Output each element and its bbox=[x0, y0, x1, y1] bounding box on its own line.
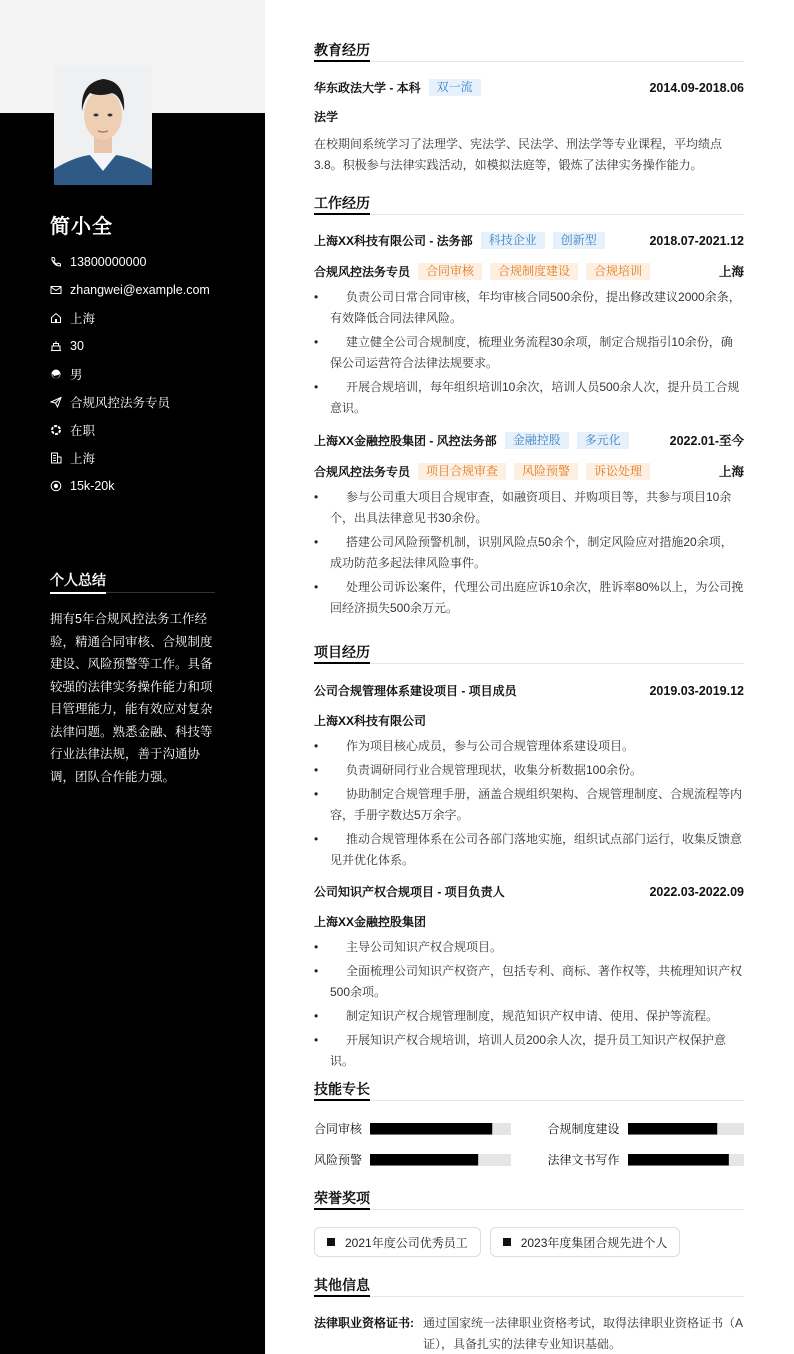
skills-grid: 合同审核 合规制度建设 风险预警 法律文书写作 bbox=[314, 1120, 744, 1168]
skill-bar bbox=[628, 1123, 745, 1135]
work-bullets: 参与公司重大项目合规审查，如融资项目、并购项目等，共参与项目10余个，出具法律意… bbox=[314, 487, 744, 619]
sidebar: 简小全 13800000000 zhangwei@example.com 上海 … bbox=[0, 0, 265, 1354]
work-section: 工作经历 上海XX科技有限公司 - 法务部 科技企业 创新型 2018.07-2… bbox=[314, 193, 744, 622]
phone-icon bbox=[50, 256, 62, 268]
project-org: 上海XX金融控股集团 bbox=[314, 913, 744, 930]
work-location: 上海 bbox=[719, 262, 744, 280]
company-tag: 科技企业 bbox=[481, 232, 545, 249]
bullet-item: 主导公司知识产权合规项目。 bbox=[330, 937, 744, 958]
major: 法学 bbox=[314, 108, 744, 125]
building-icon bbox=[50, 452, 62, 464]
info-location: 上海 bbox=[50, 304, 250, 332]
role-tag: 风险预警 bbox=[514, 463, 578, 480]
bullet-item: 制定知识产权合规管理制度，规范知识产权申请、使用、保护等流程。 bbox=[330, 1006, 744, 1027]
other-heading: 其他信息 bbox=[314, 1275, 744, 1297]
bullet-item: 开展知识产权合规培训，培训人员200余人次，提升员工知识产权保护意识。 bbox=[330, 1030, 744, 1072]
status-text: 在职 bbox=[70, 421, 95, 439]
role-tag: 项目合规审查 bbox=[418, 463, 506, 480]
bullet-item: 建立健全公司合规制度，梳理业务流程30余项，制定合规指引10余份，确保公司运营符… bbox=[330, 332, 744, 374]
education-date: 2014.09-2018.06 bbox=[649, 81, 744, 95]
info-phone: 13800000000 bbox=[50, 248, 250, 276]
skill-bar bbox=[370, 1123, 511, 1135]
project-org: 上海XX科技有限公司 bbox=[314, 712, 744, 729]
bullet-item: 全面梳理公司知识产权资产，包括专利、商标、著作权等，共梳理知识产权500余项。 bbox=[330, 961, 744, 1003]
gender-icon bbox=[50, 368, 62, 380]
project-date: 2022.03-2022.09 bbox=[649, 885, 744, 899]
gender-text: 男 bbox=[70, 365, 83, 383]
company-tag: 创新型 bbox=[553, 232, 605, 249]
salary-icon bbox=[50, 480, 62, 492]
info-status: 在职 bbox=[50, 416, 250, 444]
email-text: zhangwei@example.com bbox=[70, 283, 210, 297]
skill-bar-fill bbox=[628, 1123, 718, 1135]
work-item: 上海XX科技有限公司 - 法务部 科技企业 创新型 2018.07-2021.1… bbox=[314, 232, 744, 419]
project-name: 公司知识产权合规项目 - 项目负责人 bbox=[314, 883, 505, 900]
bullet-item: 协助制定合规管理手册，涵盖合规组织架构、合规管理制度、合规流程等内容，手册字数达… bbox=[330, 784, 744, 826]
award-text: 2021年度公司优秀员工 bbox=[345, 1234, 468, 1251]
role-name: 合规风控法务专员 bbox=[314, 263, 410, 280]
company-name: 上海XX金融控股集团 - 风控法务部 bbox=[314, 432, 497, 449]
bullet-item: 作为项目核心成员，参与公司合规管理体系建设项目。 bbox=[330, 736, 744, 757]
salary-text: 15k-20k bbox=[70, 479, 114, 493]
bullet-item: 开展合规培训，每年组织培训10余次，培训人员500余人次，提升员工合规意识。 bbox=[330, 377, 744, 419]
location-text: 上海 bbox=[70, 309, 95, 327]
skill-name: 法律文书写作 bbox=[548, 1151, 628, 1168]
skill-bar-fill bbox=[628, 1154, 729, 1166]
project-name: 公司合规管理体系建设项目 - 项目成员 bbox=[314, 682, 517, 699]
summary-heading: 个人总结 bbox=[50, 570, 215, 593]
work-date: 2022.01-至今 bbox=[670, 431, 744, 449]
role-tag: 合规培训 bbox=[586, 263, 650, 280]
education-description: 在校期间系统学习了法理学、宪法学、民法学、刑法学等专业课程，平均绩点3.8。积极… bbox=[314, 134, 744, 176]
skills-heading: 技能专长 bbox=[314, 1079, 744, 1101]
skill-name: 合同审核 bbox=[314, 1120, 370, 1137]
education-section: 教育经历 华东政法大学 - 本科 双一流 2014.09-2018.06 法学 … bbox=[314, 40, 744, 176]
bullet-item: 参与公司重大项目合规审查，如融资项目、并购项目等，共参与项目10余个，出具法律意… bbox=[330, 487, 744, 529]
skill-name: 风险预警 bbox=[314, 1151, 370, 1168]
summary-text: 拥有5年合规风控法务工作经验，精通合同审核、合规制度建设、风险预警等工作。具备较… bbox=[50, 608, 215, 788]
work-role-row: 合规风控法务专员 合同审核 合规制度建设 合规培训 上海 bbox=[314, 262, 744, 280]
bullet-item: 搭建公司风险预警机制，识别风险点50余个，制定风险应对措施20余项，成功防范多起… bbox=[330, 532, 744, 574]
role-name: 合规风控法务专员 bbox=[314, 463, 410, 480]
education-heading: 教育经历 bbox=[314, 40, 744, 62]
role-tag: 合同审核 bbox=[418, 263, 482, 280]
skill-bar-fill bbox=[370, 1154, 478, 1166]
project-date: 2019.03-2019.12 bbox=[649, 684, 744, 698]
cake-icon bbox=[50, 340, 62, 352]
work-date: 2018.07-2021.12 bbox=[649, 234, 744, 248]
project-item-header: 公司知识产权合规项目 - 项目负责人 2022.03-2022.09 bbox=[314, 883, 744, 900]
skill-bar bbox=[628, 1154, 745, 1166]
age-text: 30 bbox=[70, 339, 84, 353]
bullet-item: 负责公司日常合同审核，年均审核合同500余份，提出修改建议2000余条，有效降低… bbox=[330, 287, 744, 329]
role-tag: 合规制度建设 bbox=[490, 263, 578, 280]
skills-section: 技能专长 合同审核 合规制度建设 风险预警 法律文书写作 bbox=[314, 1079, 744, 1168]
other-section: 其他信息 法律职业资格证书: 通过国家统一法律职业资格考试，取得法律职业资格证书… bbox=[314, 1275, 744, 1354]
projects-section: 项目经历 公司合规管理体系建设项目 - 项目成员 2019.03-2019.12… bbox=[314, 642, 744, 1075]
info-gender: 男 bbox=[50, 360, 250, 388]
role-tag: 诉讼处理 bbox=[586, 463, 650, 480]
awards-list: 2021年度公司优秀员工 2023年度集团合规先进个人 bbox=[314, 1227, 744, 1257]
square-bullet-icon bbox=[503, 1238, 511, 1246]
position-text: 合规风控法务专员 bbox=[70, 393, 170, 411]
send-icon bbox=[50, 396, 62, 408]
work-bullets: 负责公司日常合同审核，年均审核合同500余份，提出修改建议2000余条，有效降低… bbox=[314, 287, 744, 419]
awards-section: 荣誉奖项 2021年度公司优秀员工 2023年度集团合规先进个人 bbox=[314, 1188, 744, 1257]
candidate-name: 简小全 bbox=[50, 210, 113, 239]
award-text: 2023年度集团合规先进个人 bbox=[521, 1234, 668, 1251]
project-item-header: 公司合规管理体系建设项目 - 项目成员 2019.03-2019.12 bbox=[314, 682, 744, 699]
bullet-item: 处理公司诉讼案件，代理公司出庭应诉10余次，胜诉率80%以上，为公司挽回经济损失… bbox=[330, 577, 744, 619]
company-tag: 金融控股 bbox=[505, 432, 569, 449]
awards-heading: 荣誉奖项 bbox=[314, 1188, 744, 1210]
company-name: 上海XX科技有限公司 - 法务部 bbox=[314, 232, 473, 249]
school-name: 华东政法大学 - 本科 bbox=[314, 79, 421, 96]
award-badge: 2023年度集团合规先进个人 bbox=[490, 1227, 681, 1257]
certificate-label: 法律职业资格证书: bbox=[314, 1313, 423, 1354]
mail-icon bbox=[50, 284, 62, 296]
square-bullet-icon bbox=[327, 1238, 335, 1246]
work-item-header: 上海XX科技有限公司 - 法务部 科技企业 创新型 2018.07-2021.1… bbox=[314, 232, 744, 249]
skill-item: 合规制度建设 bbox=[548, 1120, 745, 1137]
project-item: 公司合规管理体系建设项目 - 项目成员 2019.03-2019.12 上海XX… bbox=[314, 682, 744, 871]
other-item: 法律职业资格证书: 通过国家统一法律职业资格考试，取得法律职业资格证书（A证），… bbox=[314, 1313, 744, 1354]
info-age: 30 bbox=[50, 332, 250, 360]
city-text: 上海 bbox=[70, 449, 95, 467]
certificate-value: 通过国家统一法律职业资格考试，取得法律职业资格证书（A证），具备扎实的法律专业知… bbox=[423, 1313, 744, 1354]
school-tag: 双一流 bbox=[429, 79, 481, 96]
info-email: zhangwei@example.com bbox=[50, 276, 250, 304]
skill-item: 风险预警 bbox=[314, 1151, 511, 1168]
info-salary: 15k-20k bbox=[50, 472, 250, 500]
work-role-row: 合规风控法务专员 项目合规审查 风险预警 诉讼处理 上海 bbox=[314, 462, 744, 480]
project-bullets: 作为项目核心成员，参与公司合规管理体系建设项目。 负责调研同行业合规管理现状，收… bbox=[314, 736, 744, 871]
bullet-item: 推动合规管理体系在公司各部门落地实施，组织试点部门运行，收集反馈意见并优化体系。 bbox=[330, 829, 744, 871]
avatar-photo bbox=[54, 65, 152, 185]
skill-item: 法律文书写作 bbox=[548, 1151, 745, 1168]
info-city: 上海 bbox=[50, 444, 250, 472]
status-icon bbox=[50, 424, 62, 436]
work-item: 上海XX金融控股集团 - 风控法务部 金融控股 多元化 2022.01-至今 合… bbox=[314, 431, 744, 619]
home-icon bbox=[50, 312, 62, 324]
contact-info-list: 13800000000 zhangwei@example.com 上海 30 男… bbox=[50, 248, 250, 500]
skill-item: 合同审核 bbox=[314, 1120, 511, 1137]
project-bullets: 主导公司知识产权合规项目。 全面梳理公司知识产权资产，包括专利、商标、著作权等，… bbox=[314, 937, 744, 1072]
work-location: 上海 bbox=[719, 462, 744, 480]
education-item-header: 华东政法大学 - 本科 双一流 2014.09-2018.06 bbox=[314, 79, 744, 96]
work-item-header: 上海XX金融控股集团 - 风控法务部 金融控股 多元化 2022.01-至今 bbox=[314, 431, 744, 449]
phone-text: 13800000000 bbox=[70, 255, 146, 269]
company-tag: 多元化 bbox=[577, 432, 629, 449]
bullet-item: 负责调研同行业合规管理现状，收集分析数据100余份。 bbox=[330, 760, 744, 781]
skill-name: 合规制度建设 bbox=[548, 1120, 628, 1137]
projects-heading: 项目经历 bbox=[314, 642, 744, 664]
work-heading: 工作经历 bbox=[314, 193, 744, 215]
project-item: 公司知识产权合规项目 - 项目负责人 2022.03-2022.09 上海XX金… bbox=[314, 883, 744, 1072]
award-badge: 2021年度公司优秀员工 bbox=[314, 1227, 481, 1257]
info-position: 合规风控法务专员 bbox=[50, 388, 250, 416]
skill-bar-fill bbox=[370, 1123, 492, 1135]
skill-bar bbox=[370, 1154, 511, 1166]
